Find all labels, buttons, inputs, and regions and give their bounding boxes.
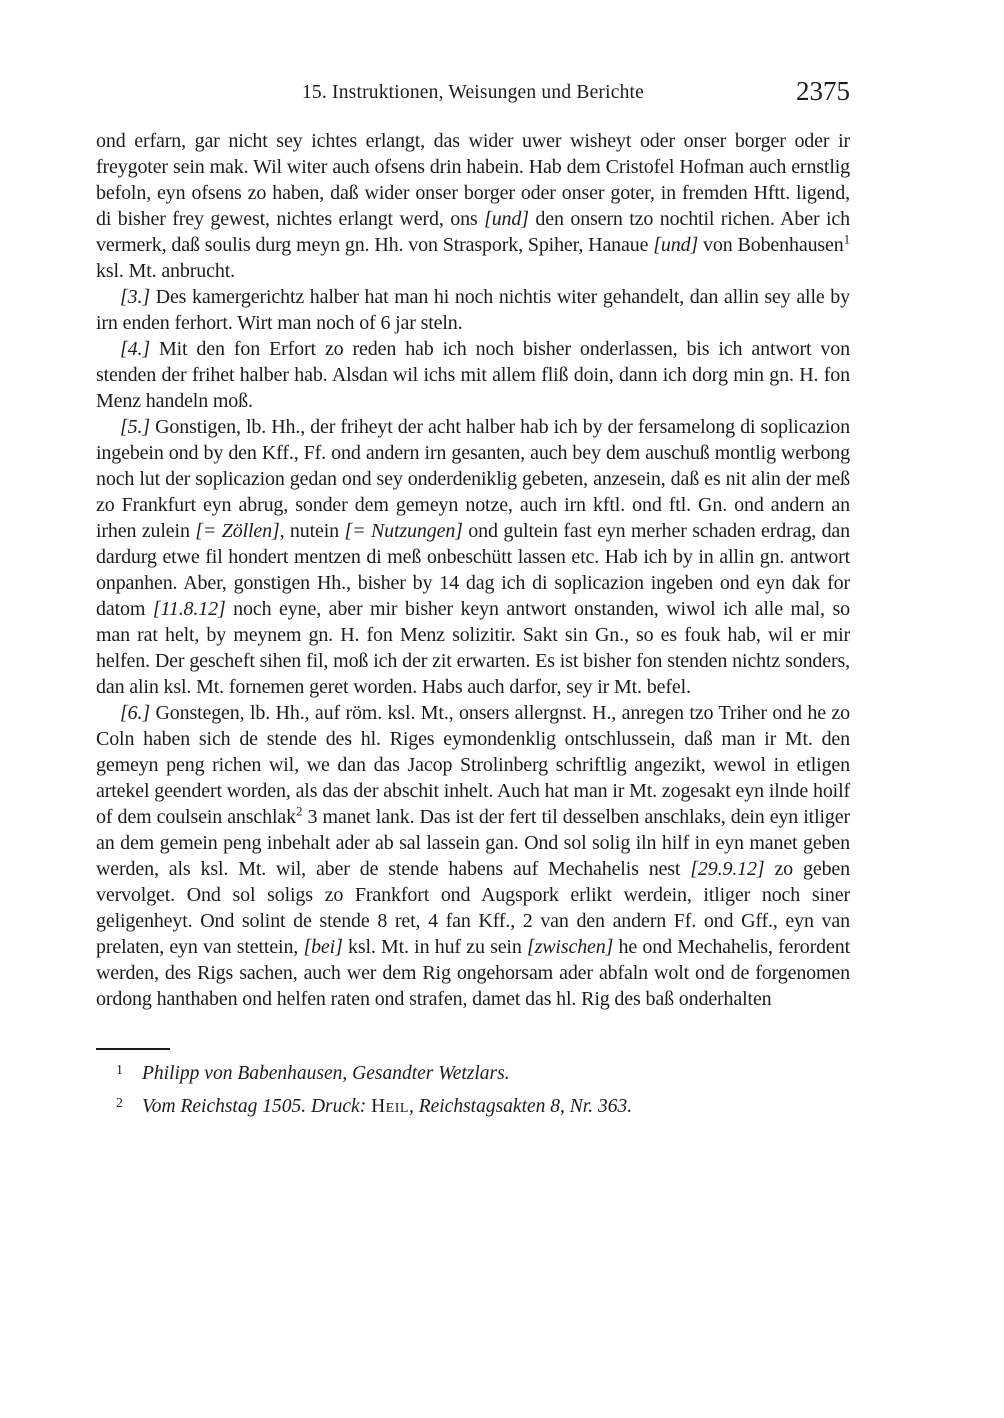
body-text: ond erfarn, gar nicht sey ichtes erlangt… (96, 128, 850, 1012)
paragraph: [3.] Des kamergerichtz halber hat man hi… (96, 284, 850, 336)
editorial-insertion: [5.] (120, 416, 150, 438)
text-run: ksl. Mt. anbrucht. (96, 260, 235, 282)
editorial-insertion: [und] (484, 208, 529, 230)
paragraph: [5.] Gonstigen, lb. Hh., der friheyt der… (96, 414, 850, 700)
text-run: Mit den fon Erfort zo reden hab ich noch… (96, 338, 850, 412)
smallcaps-author-name: Heil (371, 1096, 409, 1117)
paragraph: [6.] Gonstegen, lb. Hh., auf röm. ksl. M… (96, 700, 850, 1012)
footnote: 2Vom Reichstag 1505. Druck: Heil, Reichs… (96, 1091, 850, 1124)
editorial-insertion: Philipp von Babenhausen, Gesandter Wetzl… (142, 1063, 510, 1084)
text-run: ksl. Mt. in huf zu sein (343, 936, 527, 958)
editorial-insertion: [4.] (120, 338, 150, 360)
footnote-text: Philipp von Babenhausen, Gesandter Wetzl… (142, 1058, 850, 1089)
editorial-insertion: [bei] (303, 936, 342, 958)
editorial-insertion: [und] (653, 234, 698, 256)
editorial-insertion: [= Nutzungen] (345, 520, 463, 542)
editorial-insertion: [3.] (120, 286, 150, 308)
footnote: 1Philipp von Babenhausen, Gesandter Wetz… (96, 1058, 850, 1091)
footnote-list: 1Philipp von Babenhausen, Gesandter Wetz… (96, 1058, 850, 1124)
editorial-insertion: [6.] (120, 702, 150, 724)
footnote-number: 1 (116, 1055, 142, 1086)
footnotes-section: 1Philipp von Babenhausen, Gesandter Wetz… (96, 1048, 850, 1124)
paragraph: [4.] Mit den fon Erfort zo reden hab ich… (96, 336, 850, 414)
editorial-insertion: Vom Reichstag 1505. Druck: (142, 1096, 371, 1117)
editorial-insertion: [11.8.12] (153, 598, 226, 620)
footnote-separator-rule (96, 1048, 170, 1050)
text-run: Des kamergerichtz halber hat man hi noch… (96, 286, 850, 334)
editorial-insertion: , Reichstagsakten 8, Nr. 363. (409, 1096, 632, 1117)
footnote-number: 2 (116, 1088, 142, 1119)
editorial-insertion: [29.9.12] (690, 858, 764, 880)
editorial-insertion: [zwischen] (527, 936, 613, 958)
paragraph: ond erfarn, gar nicht sey ichtes erlangt… (96, 128, 850, 284)
editorial-insertion: [= Zöllen] (195, 520, 279, 542)
book-page: 15. Instruktionen, Weisungen und Bericht… (0, 0, 1004, 1418)
running-head: 15. Instruktionen, Weisungen und Bericht… (96, 76, 850, 110)
footnote-text: Vom Reichstag 1505. Druck: Heil, Reichst… (142, 1091, 850, 1122)
text-run: , nutein (280, 520, 345, 542)
section-heading: 15. Instruktionen, Weisungen und Bericht… (96, 76, 850, 104)
footnote-reference-marker: 1 (844, 231, 850, 246)
text-run: von Bobenhausen (698, 234, 844, 256)
page-number: 2375 (796, 76, 850, 107)
